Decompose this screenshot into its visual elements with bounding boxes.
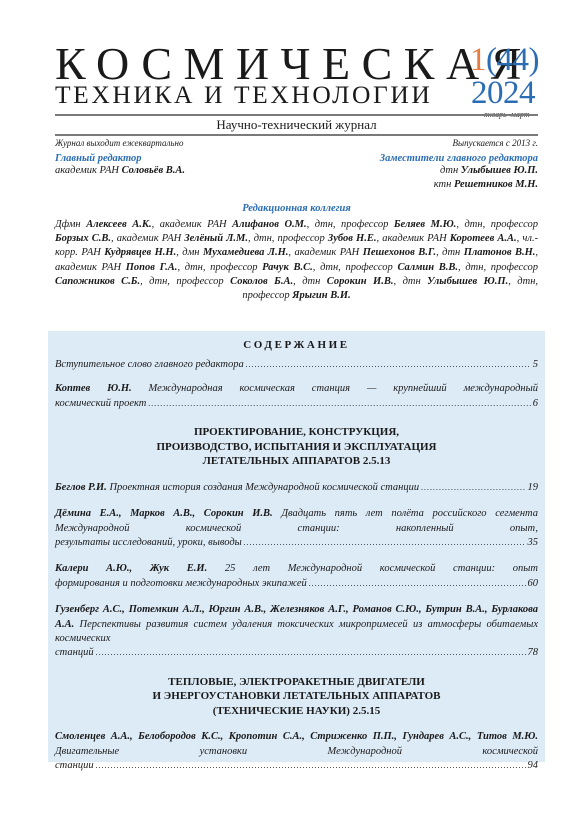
board-member-title: дтн, профессор: [149, 276, 230, 287]
toc-entry-title: Двигательные установки Международной кос…: [55, 746, 538, 757]
board-member: дтн, профессор Салмин В.В.: [320, 262, 458, 273]
board-member-name: Алексеев А.К.: [86, 219, 151, 230]
toc-entry-title: космический проект: [55, 397, 146, 411]
issue-year: 2024: [471, 76, 535, 110]
toc-leader-dots: [96, 759, 526, 773]
board-member-name: Попов Г.А.: [126, 262, 178, 273]
board-member-title: дтн, профессор: [320, 262, 397, 273]
board-member: Дфмн Алексеев А.К.: [55, 219, 152, 230]
toc-entry-page: 35: [528, 536, 539, 550]
board-member-name: Алифанов О.М.: [232, 219, 306, 230]
board-member-title: академик РАН: [382, 233, 450, 244]
toc-entry[interactable]: Дёмина Е.А., Марков А.В., Сорокин И.В. Д…: [55, 507, 538, 550]
board-member-title: дтн: [403, 276, 428, 287]
toc-entry[interactable]: Коптев Ю.Н. Международная космическая ст…: [55, 382, 538, 411]
toc-entry[interactable]: Калери А.Ю., Жук Е.И. 25 лет Международн…: [55, 562, 538, 591]
board-member-name: Зелёный Л.М.: [184, 233, 248, 244]
toc-entry-title: Вступительное слово главного редактора: [55, 358, 244, 372]
board-member-name: Ярыгин В.И.: [292, 290, 350, 301]
board-member-name: Платонов В.Н.: [464, 247, 536, 258]
toc-heading: СОДЕРЖАНИЕ: [48, 339, 545, 351]
board-member-name: Рачук В.С.: [262, 262, 313, 273]
board-member-name: Коротеев А.А.: [450, 233, 517, 244]
deputy-name: Решетников М.Н.: [454, 179, 538, 190]
masthead: КОСМИЧЕСКАЯ ТЕХНИКА И ТЕХНОЛОГИИ 1(44) 2…: [55, 42, 545, 122]
board-member-name: Соколов Б.А.: [230, 276, 293, 287]
board-member-name: Зубов Н.Е.: [328, 233, 377, 244]
board-member-title: академик РАН: [117, 233, 185, 244]
toc-entry[interactable]: Смоленцев А.А., Белобородов К.С., Кропот…: [55, 730, 538, 773]
board-member-title: дтн, профессор: [254, 233, 328, 244]
board-member: дмн Мухамедиева Л.Н.: [182, 247, 288, 258]
toc-entry-page: 19: [528, 481, 539, 495]
board-member: дтн, профессор Беляев М.Ю.: [315, 219, 457, 230]
board-member: академик РАН Зелёный Л.М.: [117, 233, 248, 244]
board-member-name: Сорокин И.В.: [327, 276, 394, 287]
frequency-note: Журнал выходит ежеквартально: [55, 138, 184, 148]
board-member: академик РАН Алифанов О.М.: [160, 219, 307, 230]
toc-entry-page: 60: [528, 577, 539, 591]
board-member-name: Беляев М.Ю.: [394, 219, 456, 230]
board-member-name: Улыбышев Ю.П.: [427, 276, 508, 287]
chief-editor-title: академик РАН: [55, 165, 119, 176]
board-member-title: дтн, профессор: [185, 262, 262, 273]
board-member: академик РАН Коротеев А.А.: [382, 233, 516, 244]
toc-section-heading: ТЕПЛОВЫЕ, ЭЛЕКТРОРАКЕТНЫЕ ДВИГАТЕЛИИ ЭНЕ…: [48, 675, 545, 719]
board-member: дтн Сорокин И.В.: [302, 276, 393, 287]
deputy-editor: ктн Решетников М.Н.: [380, 178, 538, 192]
toc-entry-title: Перспективы развития систем удаления ток…: [55, 619, 538, 644]
board-member-title: дтн: [442, 247, 464, 258]
toc-leader-dots: [309, 577, 526, 591]
toc-entry[interactable]: Вступительное слово главного редактора5: [55, 358, 538, 372]
deputy-editor: дтн Улыбышев Ю.П.: [380, 164, 538, 178]
toc-leader-dots: [421, 481, 525, 495]
toc-leader-dots: [244, 536, 526, 550]
board-member-title: дмн: [182, 247, 203, 258]
issue-number: 1(44): [470, 42, 539, 78]
board-member-name: Мухамедиева Л.Н.: [203, 247, 288, 258]
board-member: дтн Платонов В.Н.: [442, 247, 535, 258]
toc-entry[interactable]: Гузенберг А.С., Потемкин А.Л., Юргин А.В…: [55, 603, 538, 661]
board-member-title: дтн, профессор: [465, 262, 538, 273]
journal-title-line2: ТЕХНИКА И ТЕХНОЛОГИИ: [55, 82, 432, 108]
toc-entry-title: формирования и подготовки международных …: [55, 577, 307, 591]
journal-subtitle: Научно-технический журнал: [55, 117, 538, 133]
since-note: Выпускается с 2013 г.: [452, 138, 538, 148]
board-member-title: академик РАН: [55, 262, 126, 273]
board-member-name: Салмин В.В.: [397, 262, 458, 273]
board-member-title: дтн, профессор: [315, 219, 394, 230]
toc-entry-page: 94: [528, 759, 539, 773]
board-member: академик РАН Попов Г.А.: [55, 262, 177, 273]
toc-entry[interactable]: Беглов Р.И. Проектная история создания М…: [55, 481, 538, 495]
board-member-title: академик РАН: [160, 219, 232, 230]
toc-entry-authors: Беглов Р.И.: [55, 482, 109, 493]
toc-section-heading: ПРОЕКТИРОВАНИЕ, КОНСТРУКЦИЯ,ПРОИЗВОДСТВО…: [48, 425, 545, 469]
chief-editor-name: Соловьёв В.А.: [122, 165, 185, 176]
toc-entry-authors: Смоленцев А.А., Белобородов К.С., Кропот…: [55, 731, 538, 742]
toc-entry-authors: Дёмина Е.А., Марков А.В., Сорокин И.В.: [55, 508, 281, 519]
board-member: академик РАН Пешехонов В.Г.: [294, 247, 436, 258]
toc-leader-dots: [148, 397, 530, 411]
editorial-board-list: Дфмн Алексеев А.К., академик РАН Алифано…: [55, 218, 538, 303]
deputy-name: Улыбышев Ю.П.: [461, 165, 538, 176]
issue-number-total: (44): [486, 42, 539, 78]
board-member-name: Кудрявцев Н.Н.: [104, 247, 176, 258]
board-member: дтн, профессор Соколов Б.А.: [149, 276, 293, 287]
chief-editor-heading: Главный редактор: [55, 153, 185, 164]
toc-entry-title: станции: [55, 759, 94, 773]
board-member-name: Борзых С.В.: [55, 233, 111, 244]
toc-entry-authors: Калери А.Ю., Жук Е.И.: [55, 563, 225, 574]
toc-entry-title: результаты исследований, уроки, выводы: [55, 536, 242, 550]
table-of-contents: СОДЕРЖАНИЕ Вступительное слово главного …: [48, 331, 545, 762]
toc-entry-title: станций: [55, 646, 94, 660]
toc-entry-title: Международная космическая станция — круп…: [149, 383, 538, 394]
divider-bottom: [55, 134, 538, 136]
editorial-board-heading: Редакционная коллегия: [55, 203, 538, 214]
toc-entry-page: 5: [533, 358, 538, 372]
board-member-title: академик РАН: [294, 247, 362, 258]
toc-leader-dots: [96, 646, 526, 660]
deputy-editors-heading: Заместители главного редактора: [380, 153, 538, 164]
toc-entry-title: Беглов Р.И. Проектная история создания М…: [55, 481, 419, 495]
divider-top: [55, 114, 538, 116]
issue-number-current: 1: [470, 42, 486, 78]
chief-editor: академик РАН Соловьёв В.А.: [55, 164, 185, 178]
board-member-name: Сапожников С.Б.: [55, 276, 140, 287]
toc-entry-page: 6: [533, 397, 538, 411]
board-member-title: дтн, профессор: [464, 219, 538, 230]
deputy-title: дтн: [440, 165, 458, 176]
deputy-title: ктн: [434, 179, 452, 190]
board-member-title: дтн: [302, 276, 327, 287]
board-member: дтн Улыбышев Ю.П.: [403, 276, 509, 287]
board-member-name: Пешехонов В.Г.: [363, 247, 436, 258]
board-member-title: Дфмн: [55, 219, 86, 230]
chief-editor-block: Главный редактор академик РАН Соловьёв В…: [55, 153, 185, 178]
toc-entry-authors: Коптев Ю.Н.: [55, 383, 149, 394]
toc-leader-dots: [246, 358, 531, 372]
board-member: дтн, профессор Зубов Н.Е.: [254, 233, 377, 244]
toc-entry-title: 25 лет Международной космической станции…: [225, 563, 538, 574]
toc-entry-page: 78: [528, 646, 539, 660]
board-member: дтн, профессор Рачук В.С.: [185, 262, 313, 273]
deputy-editors-block: Заместители главного редактора дтн Улыбы…: [380, 153, 538, 192]
